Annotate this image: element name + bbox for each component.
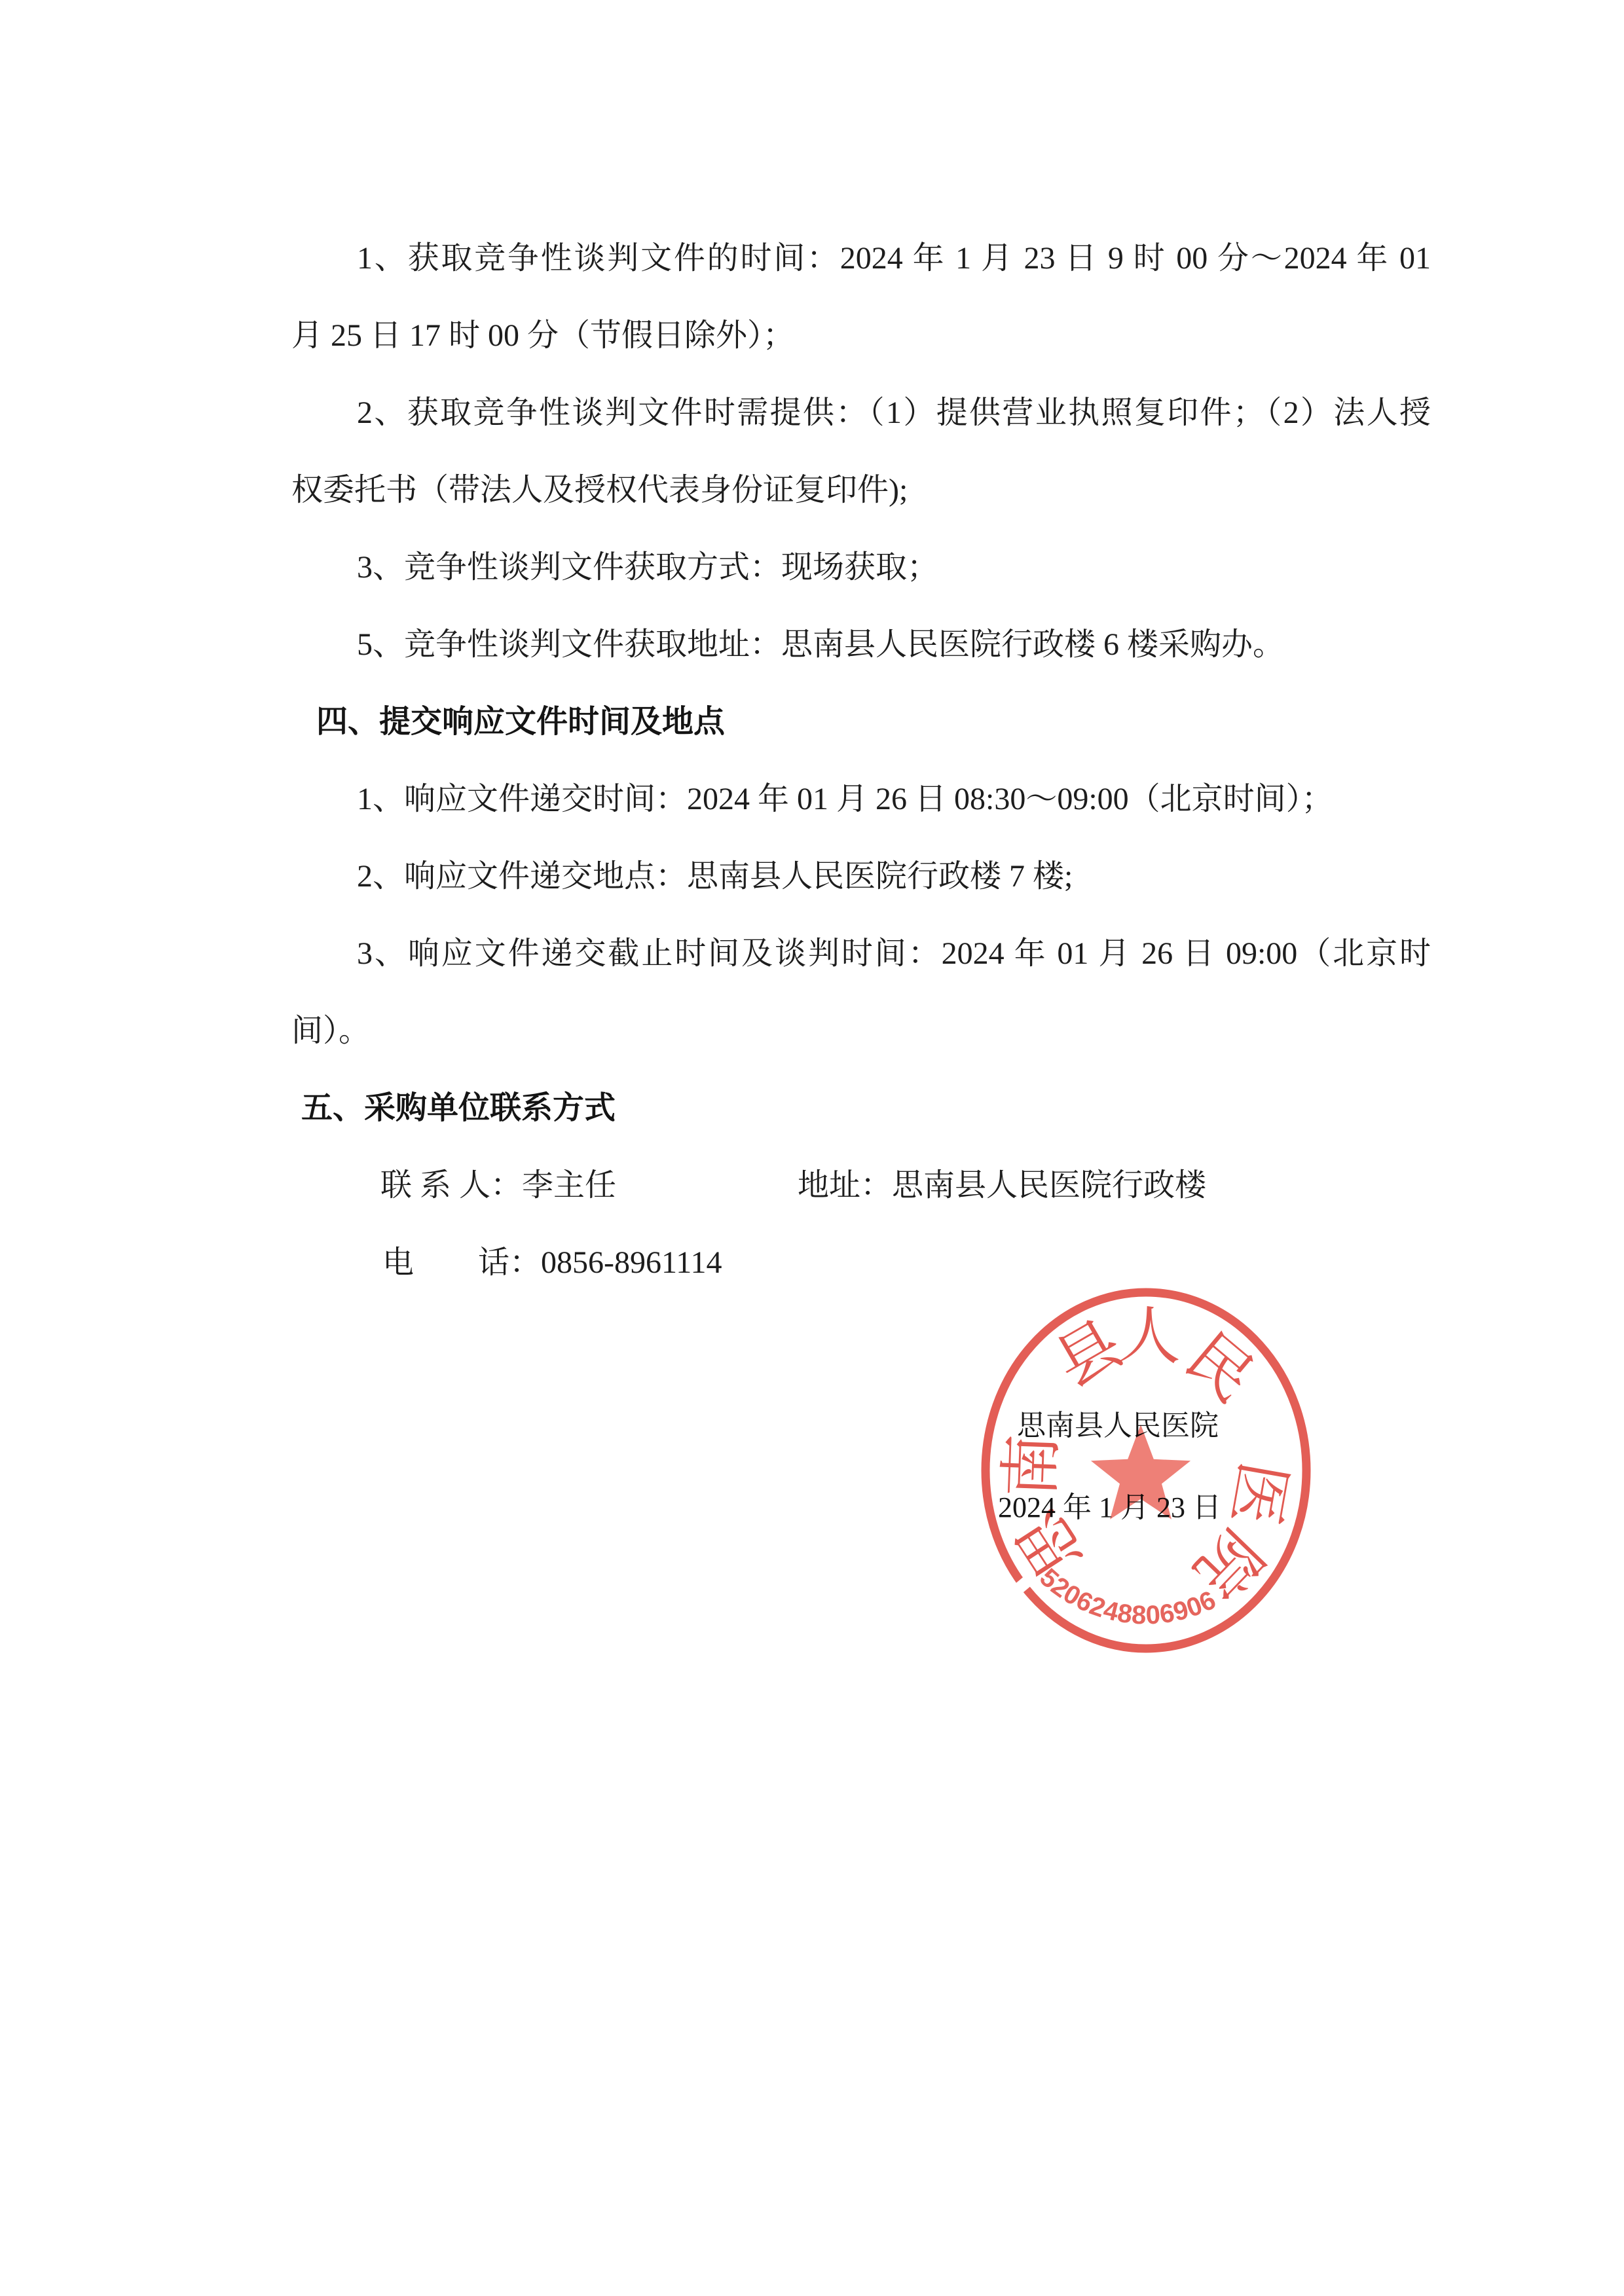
contact-person-name: 李主任 [522, 1168, 616, 1203]
seal-ring-char: 医 [1219, 1457, 1299, 1531]
document-text-block: 1、获取竞争性谈判文件的时间：2024 年 1 月 23 日 9 时 00 分～… [291, 220, 1431, 1302]
body-line: 2、获取竞争性谈判文件时需提供：（1）提供营业执照复印件；（2）法人授 [291, 374, 1431, 452]
section-heading-five: 五、采购单位联系方式 [291, 1070, 1431, 1147]
phone-label-rest: 话：0856-8961114 [478, 1224, 722, 1302]
contact-person-line: 联 系 人：李主任 地址：思南县人民医院行政楼 [291, 1147, 1431, 1224]
contact-person-label: 联 系 人： [291, 1168, 522, 1203]
body-line: 3、响应文件递交截止时间及谈判时间：2024 年 01 月 26 日 09:00… [291, 915, 1431, 993]
document-page: 1、获取竞争性谈判文件的时间：2024 年 1 月 23 日 9 时 00 分～… [0, 0, 1624, 2296]
phone-label-first: 电 [291, 1245, 414, 1280]
body-line: 1、获取竞争性谈判文件的时间：2024 年 1 月 23 日 9 时 00 分～… [291, 220, 1431, 297]
body-line: 5、竞争性谈判文件获取地址：思南县人民医院行政楼 6 楼采购办。 [291, 606, 1431, 683]
section-heading-four: 四、提交响应文件时间及地点 [291, 683, 1431, 761]
body-line: 2、响应文件递交地点：思南县人民医院行政楼 7 楼; [291, 838, 1431, 915]
phone-number: 0856-8961114 [541, 1245, 722, 1280]
contact-address: 地址：思南县人民医院行政楼 [798, 1147, 1206, 1224]
official-seal: 思 南 县 人 民 医 院 5206248806906 [977, 1285, 1315, 1656]
body-line: 权委托书（带法人及授权代表身份证复印件); [291, 452, 1431, 529]
body-line: 1、响应文件递交时间：2024 年 01 月 26 日 08:30～09:00（… [291, 761, 1431, 838]
seal-ring-char: 人 [1117, 1300, 1183, 1372]
body-line: 月 25 日 17 时 00 分（节假日除外）； [291, 297, 1431, 374]
contact-address-label: 地址： [798, 1168, 892, 1203]
seal-ring-char: 南 [995, 1433, 1067, 1499]
phone-label-colon: 话： [478, 1245, 541, 1280]
contact-address-value: 思南县人民医院行政楼 [892, 1168, 1206, 1203]
body-line: 3、竞争性谈判文件获取方式：现场获取； [291, 529, 1431, 606]
seal-star-icon [1091, 1425, 1190, 1520]
body-line: 间）。 [291, 993, 1431, 1070]
